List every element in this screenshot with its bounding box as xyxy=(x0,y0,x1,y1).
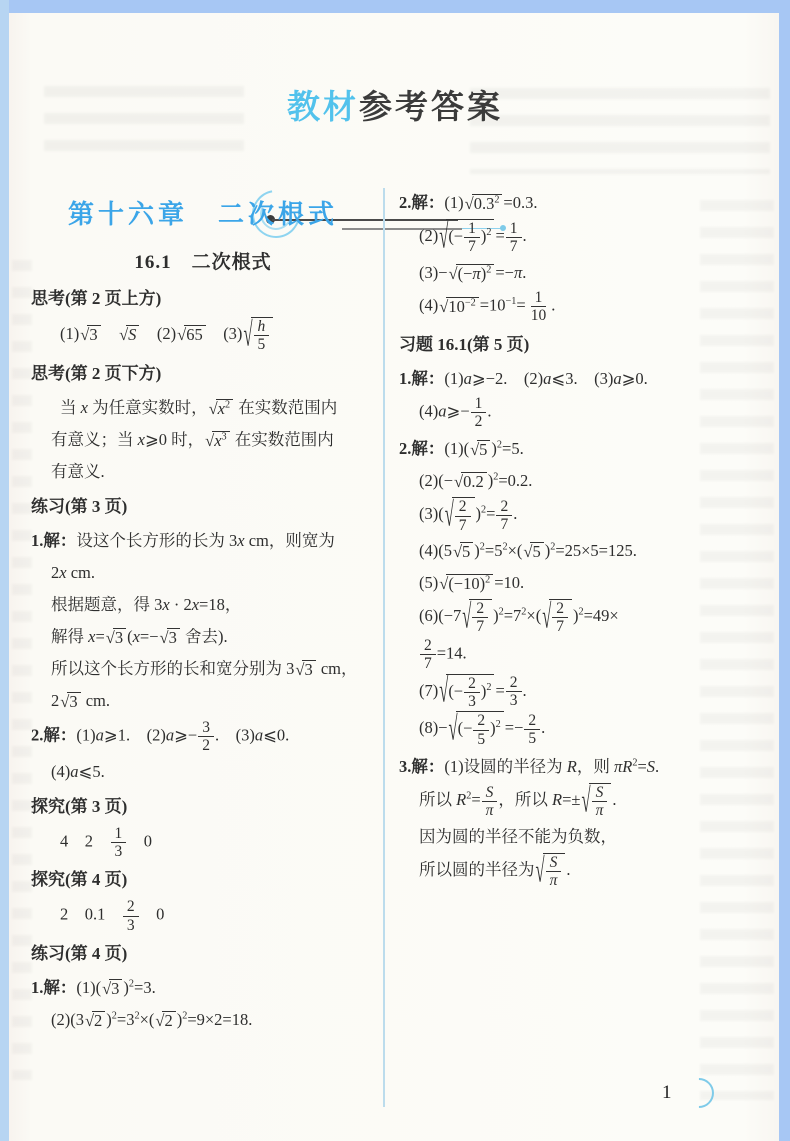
answer-line: 所以圆的半径为√Sπ. xyxy=(419,853,766,890)
right-column: 2.解：(1)√0.32=0.3.(2)√(−17)2=17.(3)−√(−π)… xyxy=(385,186,766,1115)
answer-line: 1.解：(1)a⩾−2. (2)a⩽3. (3)a⩾0. xyxy=(399,363,766,394)
answer-block: 4 2 13 0 xyxy=(31,825,375,861)
answer-line: 所以这个长方形的长和宽分别为 3√3 cm， xyxy=(51,653,375,684)
square-root: √65 xyxy=(177,325,206,345)
answer-line: 4 2 13 0 xyxy=(60,825,375,861)
answer-line: 当 x 为任意实数时，√x2 在实数范围内 xyxy=(60,392,375,423)
square-root: √(−π)2 xyxy=(449,264,495,284)
answer-heading: 习题 16.1(第 5 页) xyxy=(399,330,766,360)
answer-block: (1)√3 √S (2)√65 (3)√h5 xyxy=(31,317,375,354)
fraction: 17 xyxy=(506,220,522,256)
square-root: √Sπ xyxy=(582,783,612,820)
page-title-light: 教材 xyxy=(287,87,359,126)
square-root: √10−2 xyxy=(439,297,478,317)
answer-line: 2 0.1 23 0 xyxy=(60,898,375,934)
answer-line: (2)(−√0.2)2=0.2. xyxy=(419,465,766,496)
answer-block: 2 0.1 23 0 xyxy=(31,898,375,934)
square-root: √3 xyxy=(60,692,80,712)
answer-line: 所以 R2=Sπ，所以 R=±√Sπ. xyxy=(419,783,766,820)
page-header: 教材参考答案 xyxy=(0,84,790,164)
answer-line: 2√3 cm. xyxy=(51,685,375,716)
square-root: √0.32 xyxy=(465,194,503,214)
fraction: Sπ xyxy=(592,784,608,820)
answer-line: 1.解：设这个长方形的长为 3x cm，则宽为 xyxy=(31,525,375,556)
fraction: 27 xyxy=(552,600,568,636)
answer-heading: 探究(第 3 页) xyxy=(31,792,375,822)
square-root: √2 xyxy=(85,1011,105,1031)
page-title-dark: 参考答案 xyxy=(359,87,503,126)
page-title: 教材参考答案 xyxy=(0,84,790,130)
answer-block: 1.解：(1)a⩾−2. (2)a⩽3. (3)a⩾0.(4)a⩾−12. xyxy=(399,363,766,431)
answer-line: (8)−√(−25)2=−25. xyxy=(419,711,766,748)
answer-block: 2.解：(1)√0.32=0.3.(2)√(−17)2=17.(3)−√(−π)… xyxy=(399,187,766,325)
page-frame-right xyxy=(779,0,790,1141)
fraction: 110 xyxy=(527,289,551,325)
fraction: Sπ xyxy=(546,854,562,890)
answer-heading: 思考(第 2 页上方) xyxy=(31,284,375,314)
answer-line: 2.解：(1)a⩾1. (2)a⩾−32. (3)a⩽0. xyxy=(31,719,375,755)
square-root: √27 xyxy=(462,599,492,636)
page-frame-left xyxy=(0,0,9,1141)
square-root: √27 xyxy=(542,599,572,636)
answer-line: (3)(√27)2=27. xyxy=(419,497,766,534)
fraction: 23 xyxy=(123,898,139,934)
square-root: √(−25)2 xyxy=(449,711,504,748)
radical-icon: √ xyxy=(243,316,252,355)
fraction: 25 xyxy=(524,712,540,748)
page-number: 1 xyxy=(662,1082,672,1104)
answer-heading: 思考(第 2 页下方) xyxy=(31,359,375,389)
square-root: √0.2 xyxy=(454,472,487,492)
fraction: 12 xyxy=(471,395,487,431)
chapter-title: 第十六章 二次根式 xyxy=(31,194,375,231)
fraction: 27 xyxy=(420,637,436,673)
answer-line: 27=14. xyxy=(419,637,766,673)
fraction: 27 xyxy=(472,600,488,636)
answer-block: 1.解：(1)(√3)2=3.(2)(3√2)2=32×(√2)2=9×2=18… xyxy=(31,972,375,1035)
answer-line: 因为圆的半径不能为负数， xyxy=(419,821,766,852)
answer-heading: 探究(第 4 页) xyxy=(31,865,375,895)
answer-heading: 练习(第 3 页) xyxy=(31,492,375,522)
square-root: √5 xyxy=(523,542,543,562)
fraction: 32 xyxy=(198,719,214,755)
radical-icon: √ xyxy=(445,497,454,536)
answer-line: (4)a⩽5. xyxy=(51,756,375,787)
answer-line: (6)(−7√27)2=72×(√27)2=49× xyxy=(419,599,766,636)
square-root: √2 xyxy=(155,1011,175,1031)
bleedthrough-texture xyxy=(12,260,32,1080)
square-root: √Sπ xyxy=(536,853,566,890)
textbook-answer-page: 教材参考答案 第十六章 二次根式16.1 二次根式思考(第 2 页上方)(1)√… xyxy=(0,0,790,1141)
answer-block: 当 x 为任意实数时，√x2 在实数范围内有意义；当 x⩾0 时，√x3 在实数… xyxy=(31,392,375,487)
answer-line: (2)(3√2)2=32×(√2)2=9×2=18. xyxy=(51,1004,375,1035)
answer-line: 有意义；当 x⩾0 时，√x3 在实数范围内 xyxy=(51,424,375,455)
answer-line: 3.解：(1)设圆的半径为 R，则 πR2=S. xyxy=(399,751,766,782)
answer-line: 解得 x=√3(x=−√3 舍去). xyxy=(51,621,375,652)
fraction: 13 xyxy=(111,825,127,861)
answer-line: (4)√10−2=10−1=110. xyxy=(419,289,766,325)
square-root: √x2 xyxy=(209,399,234,419)
answer-line: (4)a⩾−12. xyxy=(419,395,766,431)
fraction: 27 xyxy=(496,498,512,534)
square-root: √5 xyxy=(453,542,473,562)
fraction: 17 xyxy=(464,220,480,256)
answer-line: 2x cm. xyxy=(51,557,375,588)
section-title: 16.1 二次根式 xyxy=(31,247,375,274)
answer-line: (2)√(−17)2=17. xyxy=(419,219,766,256)
radical-icon: √ xyxy=(439,218,448,257)
square-root: √x3 xyxy=(205,431,230,451)
answer-line: 根据题意，得 3x · 2x=18， xyxy=(51,589,375,620)
fraction: h5 xyxy=(254,318,270,354)
answer-line: 有意义. xyxy=(51,456,375,487)
fraction: 23 xyxy=(506,674,522,710)
square-root: √3 xyxy=(80,325,100,345)
answer-line: (4)(5√5)2=52×(√5)2=25×5=125. xyxy=(419,535,766,566)
radical-icon: √ xyxy=(542,598,551,637)
square-root: √3 xyxy=(160,628,180,648)
square-root: √3 xyxy=(295,660,315,680)
fraction: 27 xyxy=(455,498,471,534)
answer-block: 2.解：(1)a⩾1. (2)a⩾−32. (3)a⩽0.(4)a⩽5. xyxy=(31,719,375,787)
square-root: √(−10)2 xyxy=(439,574,493,594)
square-root: √(−17)2 xyxy=(439,219,494,256)
answer-heading: 练习(第 4 页) xyxy=(31,939,375,969)
square-root: √h5 xyxy=(243,317,273,354)
answer-line: 2.解：(1)(√5)2=5. xyxy=(399,433,766,464)
square-root: √5 xyxy=(470,440,490,460)
square-root: √27 xyxy=(445,497,475,534)
answer-line: 2.解：(1)√0.32=0.3. xyxy=(399,187,766,218)
square-root: √(−23)2 xyxy=(439,674,494,711)
radical-icon: √ xyxy=(536,852,545,891)
answer-block: 1.解：设这个长方形的长为 3x cm，则宽为2x cm.根据题意，得 3x ·… xyxy=(31,525,375,716)
page-frame-top xyxy=(0,0,790,13)
fraction: Sπ xyxy=(482,784,498,820)
square-root: √3 xyxy=(106,628,126,648)
radical-icon: √ xyxy=(582,782,591,821)
fraction: 23 xyxy=(464,675,480,711)
radical-icon: √ xyxy=(439,673,448,712)
answer-line: (5)√(−10)2=10. xyxy=(419,567,766,598)
fraction: 25 xyxy=(473,712,489,748)
radical-icon: √ xyxy=(462,598,471,637)
answer-block: 2.解：(1)(√5)2=5.(2)(−√0.2)2=0.2.(3)(√27)2… xyxy=(399,433,766,748)
content: 第十六章 二次根式16.1 二次根式思考(第 2 页上方)(1)√3 √S (2… xyxy=(31,186,766,1115)
answer-line: 1.解：(1)(√3)2=3. xyxy=(31,972,375,1003)
radical-icon: √ xyxy=(449,711,458,750)
answer-line: (7)√(−23)2=23. xyxy=(419,674,766,711)
answer-line: (1)√3 √S (2)√65 (3)√h5 xyxy=(60,317,375,354)
left-column: 第十六章 二次根式16.1 二次根式思考(第 2 页上方)(1)√3 √S (2… xyxy=(31,186,385,1115)
answer-line: (3)−√(−π)2=−π. xyxy=(419,257,766,288)
answer-block: 3.解：(1)设圆的半径为 R，则 πR2=S.所以 R2=Sπ，所以 R=±√… xyxy=(399,751,766,890)
square-root: √3 xyxy=(102,979,122,999)
square-root: √S xyxy=(119,325,139,345)
